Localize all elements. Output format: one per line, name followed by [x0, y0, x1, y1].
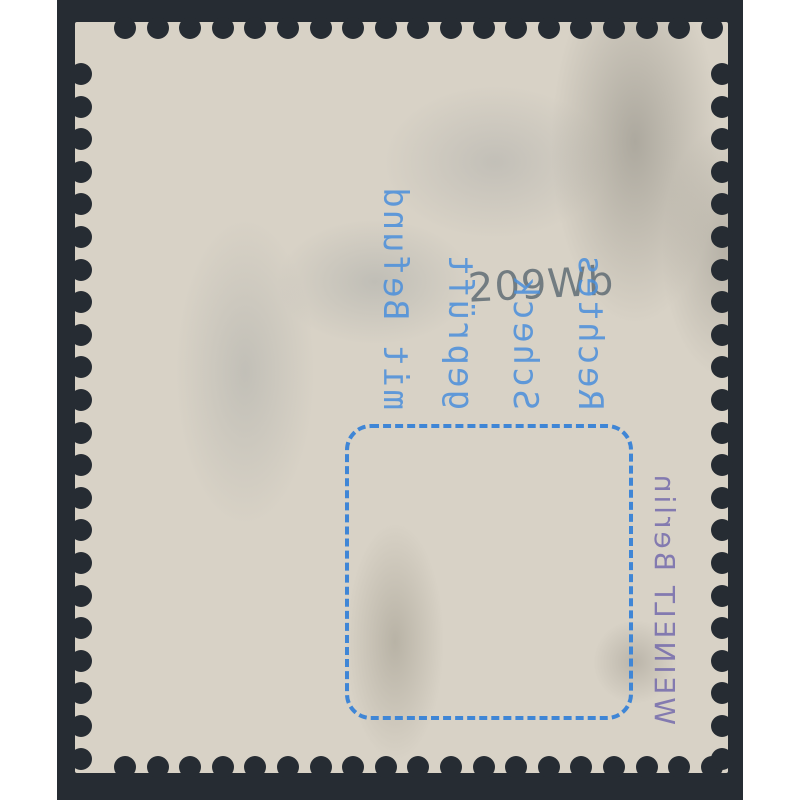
perforation-hole	[310, 756, 332, 778]
perforation-hole	[711, 422, 733, 444]
perforation-hole	[212, 17, 234, 39]
perforation-hole	[70, 324, 92, 346]
perforation-hole	[375, 756, 397, 778]
perforation-hole	[70, 552, 92, 574]
perforation-hole	[636, 17, 658, 39]
perforation-hole	[114, 756, 136, 778]
perforation-hole	[70, 715, 92, 737]
perforation-hole	[711, 226, 733, 248]
perforation-hole	[636, 756, 658, 778]
perforation-hole	[147, 756, 169, 778]
blue-stamp-line: mit Befund	[376, 150, 416, 410]
perforation-hole	[440, 756, 462, 778]
blue-stamp-text: Rechtes Scheck geprüft mit Befund	[349, 132, 637, 428]
perforation-hole	[711, 259, 733, 281]
perforation-hole	[701, 17, 723, 39]
blue-stamp-line: geprüft	[441, 150, 481, 410]
perforation-hole	[603, 756, 625, 778]
perforation-hole	[310, 17, 332, 39]
perforation-hole	[473, 17, 495, 39]
perforation-hole	[711, 585, 733, 607]
perforation-hole	[711, 161, 733, 183]
perforation-hole	[711, 748, 733, 770]
perforation-hole	[70, 748, 92, 770]
perforation-hole	[711, 63, 733, 85]
perforation-hole	[147, 17, 169, 39]
blue-expertizing-box-stamp: Rechtes Scheck geprüft mit Befund	[345, 424, 633, 720]
perforation-hole	[711, 96, 733, 118]
violet-guarantee-mark: WEINELT Berlin	[648, 385, 681, 725]
perforation-hole	[711, 650, 733, 672]
perforation-hole	[603, 17, 625, 39]
perforation-hole	[212, 756, 234, 778]
perforation-hole	[711, 715, 733, 737]
perforation-hole	[70, 487, 92, 509]
perforation-hole	[70, 422, 92, 444]
perforation-hole	[538, 17, 560, 39]
perforation-hole	[277, 756, 299, 778]
perforation-hole	[473, 756, 495, 778]
perforation-hole	[70, 585, 92, 607]
perforation-hole	[114, 17, 136, 39]
perforation-hole	[375, 17, 397, 39]
perforation-hole	[70, 389, 92, 411]
perforation-hole	[277, 17, 299, 39]
perforation-hole	[70, 161, 92, 183]
perforation-hole	[711, 389, 733, 411]
perforation-hole	[70, 226, 92, 248]
perforation-hole	[70, 650, 92, 672]
perforation-hole	[711, 324, 733, 346]
perforation-hole	[440, 17, 462, 39]
perforation-hole	[70, 63, 92, 85]
perforation-hole	[70, 96, 92, 118]
perforation-hole	[711, 552, 733, 574]
blue-stamp-line: Rechtes	[571, 150, 611, 410]
perforation-hole	[538, 756, 560, 778]
perforation-hole	[711, 487, 733, 509]
blue-stamp-line: Scheck	[506, 150, 546, 410]
perforation-hole	[70, 259, 92, 281]
